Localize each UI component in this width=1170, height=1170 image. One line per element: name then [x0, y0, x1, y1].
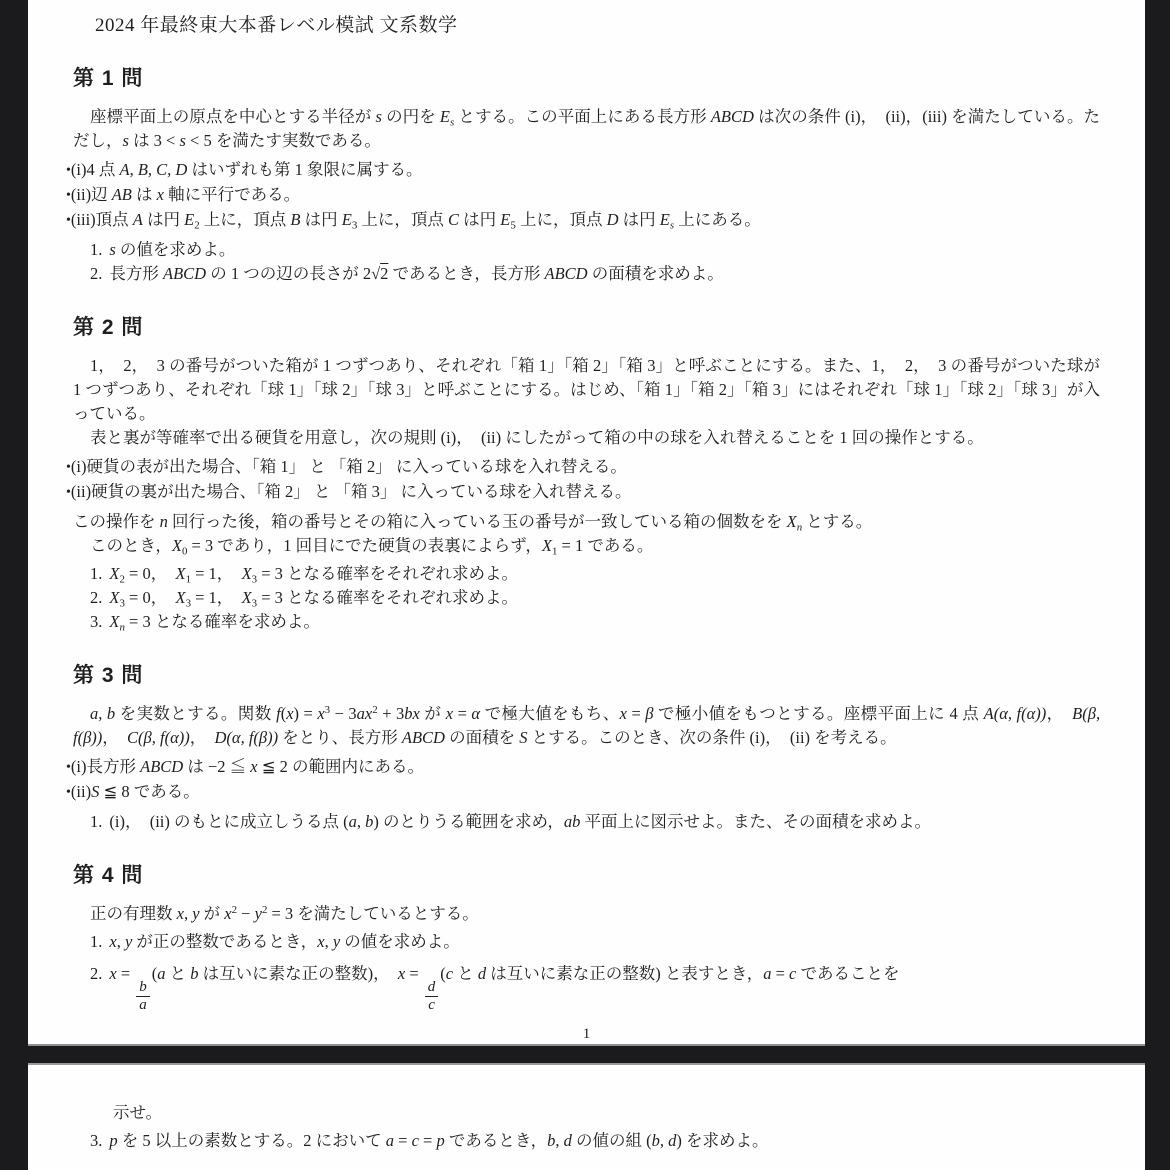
bullet-icon: • — [66, 785, 71, 800]
math-text: A — [133, 210, 143, 229]
math-text: 3 — [119, 597, 124, 609]
question-number: 1. — [90, 812, 102, 831]
math-text: α — [471, 704, 480, 723]
math-text: S — [91, 782, 99, 801]
paragraph: この操作を n 回行った後，箱の番号とその箱に入っている玉の番号が一致している箱… — [73, 510, 1100, 534]
math-text: d — [564, 1131, 572, 1150]
section-heading: 第 1 問 — [73, 62, 1100, 92]
bullet-icon: • — [66, 460, 71, 475]
math-text: 0 — [182, 545, 187, 557]
bullet-icon: • — [66, 163, 71, 178]
paragraph: 正の有理数 x, y が x2 − y2 = 3 を満たしているとする。 — [73, 902, 1100, 926]
math-text: c — [789, 964, 796, 983]
math-text: ABCD — [140, 757, 183, 776]
math-text: x — [317, 704, 324, 723]
question-list: 1.X2 = 0， X1 = 1， X3 = 3 となる確率をそれぞれ求めよ。2… — [90, 562, 1100, 634]
math-text: E — [184, 210, 194, 229]
document-viewer: { "colors": { "frame_bg": "#1b1b1d", "pa… — [0, 0, 1170, 1170]
math-text: X — [242, 588, 252, 607]
math-text: E — [660, 210, 670, 229]
math-text: 3 — [186, 597, 191, 609]
bullet-item: •(i)4 点 A, B, C, D はいずれも第 1 象限に属する。 — [66, 158, 1100, 183]
question-number: 1. — [90, 932, 102, 951]
math-text: f — [276, 704, 281, 723]
math-text: p — [436, 1131, 444, 1150]
question-number: 3. — [90, 1131, 102, 1150]
bullet-icon: • — [66, 485, 71, 500]
bullet-item: •(ii)辺 AB は x 軸に平行である。 — [66, 183, 1100, 208]
question-list: 1.s の値を求めよ。2.長方形 ABCD の 1 つの辺の長さが 2√2 であ… — [90, 238, 1100, 286]
math-text: 2 — [194, 219, 199, 231]
exam-page-2: 示せ。3.p を 5 以上の素数とする。2 において a = c = p である… — [28, 1063, 1145, 1170]
math-text: C(β, f(α)) — [127, 728, 190, 747]
math-text: d — [668, 1131, 676, 1150]
math-text: E — [500, 210, 510, 229]
math-text: ABCD — [545, 264, 588, 283]
math-text: y — [192, 904, 199, 923]
math-text: x — [317, 932, 324, 951]
bullet-icon: • — [66, 213, 71, 228]
bullet-icon: • — [66, 188, 71, 203]
math-text: 2 — [262, 904, 267, 916]
question-number: 2. — [90, 588, 102, 607]
math-text: c — [412, 1131, 419, 1150]
question-item: 1.X2 = 0， X1 = 1， X3 = 3 となる確率をそれぞれ求めよ。 — [90, 562, 1100, 586]
section-heading: 第 2 問 — [73, 311, 1100, 341]
math-text: ab — [564, 812, 581, 831]
math-text: X — [175, 564, 185, 583]
math-text: b — [652, 1131, 660, 1150]
section-heading: 第 3 問 — [73, 659, 1100, 689]
math-text: y — [255, 904, 262, 923]
condition-bullet-list: •(i)4 点 A, B, C, D はいずれも第 1 象限に属する。•(ii)… — [66, 158, 1100, 233]
exam-page-1: 2024 年最終東大本番レベル模試 文系数学 第 1 問座標平面上の原点を中心と… — [28, 0, 1145, 1046]
math-text: 1 — [186, 573, 191, 585]
math-text: AB — [112, 185, 132, 204]
question-item: 1.(i)， (ii) のもとに成立しうる点 (a, b) のとりうる範囲を求め… — [90, 810, 1100, 834]
math-text: 3 — [352, 219, 357, 231]
fraction: ba — [136, 979, 150, 1015]
math-text: b — [547, 1131, 555, 1150]
math-text: B — [290, 210, 300, 229]
bullet-item: •(iii)頂点 A は円 E2 上に，頂点 B は円 E3 上に，頂点 C は… — [66, 208, 1100, 233]
condition-bullet-list: •(i)硬貨の表が出た場合、「箱 1」 と 「箱 2」 に入っている球を入れ替え… — [66, 455, 1100, 505]
math-text: a — [157, 964, 165, 983]
question-list: 3.p を 5 以上の素数とする。2 において a = c = p であるとき，… — [90, 1129, 1100, 1153]
math-text: x — [398, 964, 405, 983]
math-text: a — [349, 812, 357, 831]
math-text: x — [109, 964, 116, 983]
math-text: d — [478, 964, 486, 983]
math-text: x — [109, 932, 116, 951]
math-text: X — [787, 512, 797, 531]
bullet-item: •(i)長方形 ABCD は −2 ≦ x ≦ 2 の範囲内にある。 — [66, 755, 1100, 780]
math-text: n — [797, 521, 802, 533]
math-text: s — [376, 107, 382, 126]
math-text: E — [342, 210, 352, 229]
fraction-numerator: b — [136, 979, 150, 997]
math-text: A, B, C, D — [119, 160, 187, 179]
math-text: y — [333, 932, 340, 951]
paragraph: 表と裏が等確率で出る硬貨を用意し，次の規則 (i)， (ii) にしたがって箱の… — [73, 426, 1100, 450]
math-text: 3 — [252, 597, 257, 609]
paragraph: a, b を実数とする。関数 f(x) = x3 − 3ax2 + 3bx が … — [73, 702, 1100, 750]
math-text: s — [179, 131, 185, 150]
math-text: 2 — [119, 573, 124, 585]
math-text: 3 — [252, 573, 257, 585]
question-item: 2.X3 = 0， X3 = 1， X3 = 3 となる確率をそれぞれ求めよ。 — [90, 586, 1100, 610]
math-text: s — [670, 219, 674, 231]
math-text: ABCD — [711, 107, 754, 126]
math-text: ax — [357, 704, 373, 723]
question-list: 1.(i)， (ii) のもとに成立しうる点 (a, b) のとりうる範囲を求め… — [90, 810, 1100, 834]
question-list: 1.x, y が正の整数であるとき，x, y の値を求めよ。2.x = ba(a… — [90, 930, 1100, 1015]
math-text: x — [177, 904, 184, 923]
math-text: 3 — [325, 704, 330, 716]
math-text: X — [175, 588, 185, 607]
math-text: E — [440, 107, 450, 126]
page1-sections: 第 1 問座標平面上の原点を中心とする半径が s の円を Es とする。この平面… — [73, 62, 1100, 1015]
continuation-line: 示せ。 — [113, 1101, 1100, 1125]
question-item: 2.x = ba(a と b は互いに素な正の整数)， x = dc(c と d… — [90, 954, 1100, 1015]
math-text: bx — [404, 704, 420, 723]
page-number: 1 — [28, 1026, 1145, 1043]
math-text: p — [109, 1131, 117, 1150]
math-text: X — [172, 536, 182, 555]
math-text: x — [224, 904, 231, 923]
question-number: 2. — [90, 264, 102, 283]
math-text: X — [109, 588, 119, 607]
math-text: c — [446, 964, 453, 983]
math-text: C — [448, 210, 459, 229]
condition-bullet-list: •(i)長方形 ABCD は −2 ≦ x ≦ 2 の範囲内にある。•(ii)S… — [66, 755, 1100, 805]
math-text: S — [519, 728, 527, 747]
fraction-denominator: a — [136, 997, 150, 1014]
question-item: 1.s の値を求めよ。 — [90, 238, 1100, 262]
bullet-item: •(ii)S ≦ 8 である。 — [66, 780, 1100, 805]
question-item: 1.x, y が正の整数であるとき，x, y の値を求めよ。 — [90, 930, 1100, 954]
math-text: x — [250, 757, 257, 776]
math-text: x — [157, 185, 164, 204]
math-text: b — [190, 964, 198, 983]
math-text: x — [620, 704, 627, 723]
bullet-item: •(ii)硬貨の裏が出た場合、「箱 2」 と 「箱 3」 に入っている球を入れ替… — [66, 480, 1100, 505]
document-title: 2024 年最終東大本番レベル模試 文系数学 — [95, 10, 1100, 37]
math-text: D(α, f(β)) — [215, 728, 279, 747]
math-text: 1 — [552, 545, 557, 557]
math-text: ABCD — [402, 728, 445, 747]
math-text: 5 — [510, 219, 515, 231]
math-text: s — [450, 116, 454, 128]
bullet-icon: • — [66, 760, 71, 775]
math-text: 2 — [380, 264, 388, 283]
math-text: X — [242, 564, 252, 583]
paragraph: 座標平面上の原点を中心とする半径が s の円を Es とする。この平面上にある長… — [73, 105, 1100, 153]
question-number: 2. — [90, 964, 102, 983]
bullet-item: •(i)硬貨の表が出た場合、「箱 1」 と 「箱 2」 に入っている球を入れ替え… — [66, 455, 1100, 480]
question-item: 2.長方形 ABCD の 1 つの辺の長さが 2√2 であるとき，長方形 ABC… — [90, 262, 1100, 286]
math-text: s — [123, 131, 129, 150]
question-number: 1. — [90, 564, 102, 583]
page2-content: 示せ。3.p を 5 以上の素数とする。2 において a = c = p である… — [73, 1101, 1100, 1153]
math-text: n — [119, 621, 124, 633]
math-text: 2 — [232, 904, 237, 916]
math-text: D — [607, 210, 619, 229]
math-text: a — [386, 1131, 394, 1150]
math-text: 2 — [372, 704, 377, 716]
paragraph: 1， 2， 3 の番号がついた箱が 1 つずつあり、それぞれ「箱 1」「箱 2」… — [73, 354, 1100, 426]
math-text: n — [160, 512, 168, 531]
question-item: 3.p を 5 以上の素数とする。2 において a = c = p であるとき，… — [90, 1129, 1100, 1153]
fraction-numerator: d — [425, 979, 439, 997]
math-text: y — [125, 932, 132, 951]
math-text: x — [286, 704, 293, 723]
math-text: ABCD — [163, 264, 206, 283]
question-item: 3.Xn = 3 となる確率を求めよ。 — [90, 610, 1100, 634]
math-text: β — [645, 704, 653, 723]
question-number: 1. — [90, 240, 102, 259]
math-text: a — [763, 964, 771, 983]
math-text: s — [109, 240, 115, 259]
math-text: x — [446, 704, 453, 723]
math-text: b — [365, 812, 373, 831]
section-heading: 第 4 問 — [73, 859, 1100, 889]
fraction: dc — [425, 979, 439, 1015]
math-text: X — [109, 612, 119, 631]
math-text: X — [542, 536, 552, 555]
fraction-denominator: c — [425, 997, 438, 1014]
math-text: a, b — [90, 704, 115, 723]
math-text: X — [109, 564, 119, 583]
question-number: 3. — [90, 612, 102, 631]
paragraph: このとき，X0 = 3 であり，1 回目にでた硬貨の表裏によらず，X1 = 1 … — [73, 534, 1100, 558]
math-text: A(α, f(α)) — [984, 704, 1047, 723]
